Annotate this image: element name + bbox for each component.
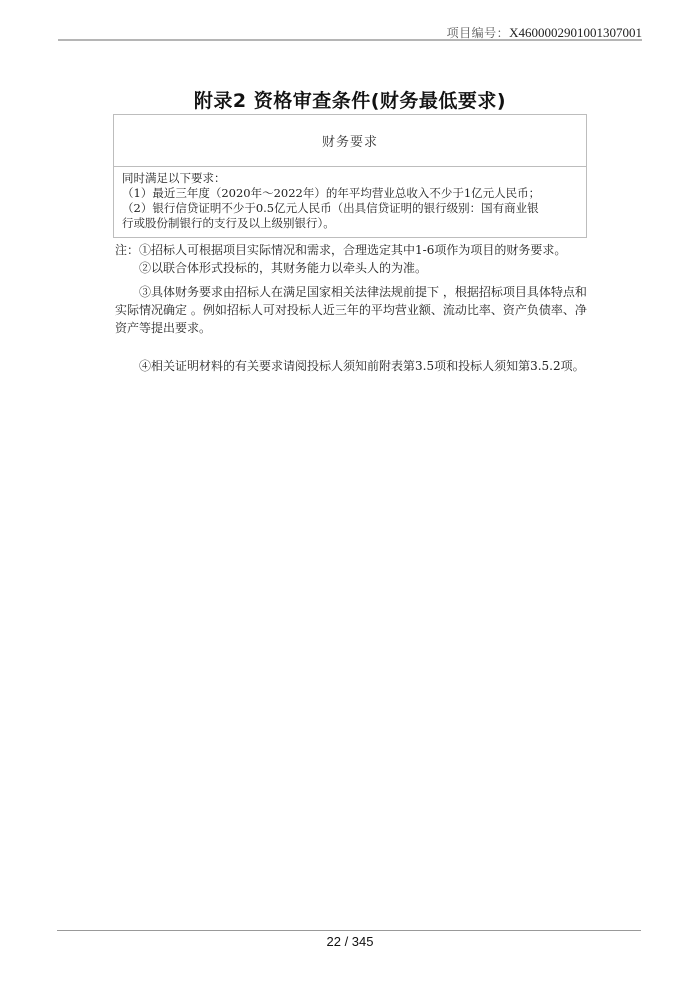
note-item-1: 注：①招标人可根据项目实际情况和需求，合理选定其中1-6项作为项目的财务要求。: [115, 241, 590, 259]
header-divider: [58, 39, 642, 41]
requirement-line: （2）银行信贷证明不少于0.5亿元人民币（出具信贷证明的银行级别：国有商业银: [122, 201, 578, 216]
note-text: ①招标人可根据项目实际情况和需求，合理选定其中1-6项作为项目的财务要求。: [139, 241, 566, 259]
page-number: 22 / 345: [0, 934, 700, 949]
requirement-line: 同时满足以下要求：: [122, 171, 578, 186]
note-item-2: ②以联合体形式投标的，其财务能力以牵头人的为准。: [115, 259, 590, 277]
page-title: 附录2 资格审查条件(财务最低要求): [0, 86, 700, 113]
financial-requirements-table: 财务要求 同时满足以下要求： （1）最近三年度（2020年～2022年）的年平均…: [113, 114, 587, 238]
requirement-line: （1）最近三年度（2020年～2022年）的年平均营业总收入不少于1亿元人民币；: [122, 186, 578, 201]
table-body: 同时满足以下要求： （1）最近三年度（2020年～2022年）的年平均营业总收入…: [114, 167, 586, 237]
table-heading: 财务要求: [114, 115, 586, 167]
project-number-label: 项目编号：: [447, 26, 510, 40]
note-item-3: ③具体财务要求由招标人在满足国家相关法律法规前提下 ，根据招标项目具体特点和实际…: [115, 283, 590, 337]
notes-section: 注：①招标人可根据项目实际情况和需求，合理选定其中1-6项作为项目的财务要求。 …: [115, 241, 590, 375]
project-number-value: X4600002901001307001: [509, 25, 642, 40]
note-item-4: ④相关证明材料的有关要求请阅投标人须知前附表第3.5项和投标人须知第3.5.2项…: [115, 357, 590, 375]
footer-divider: [57, 930, 641, 931]
requirement-line: 行或股份制银行的支行及以上级别银行）。: [122, 216, 578, 231]
notes-prefix: 注：: [115, 241, 139, 259]
